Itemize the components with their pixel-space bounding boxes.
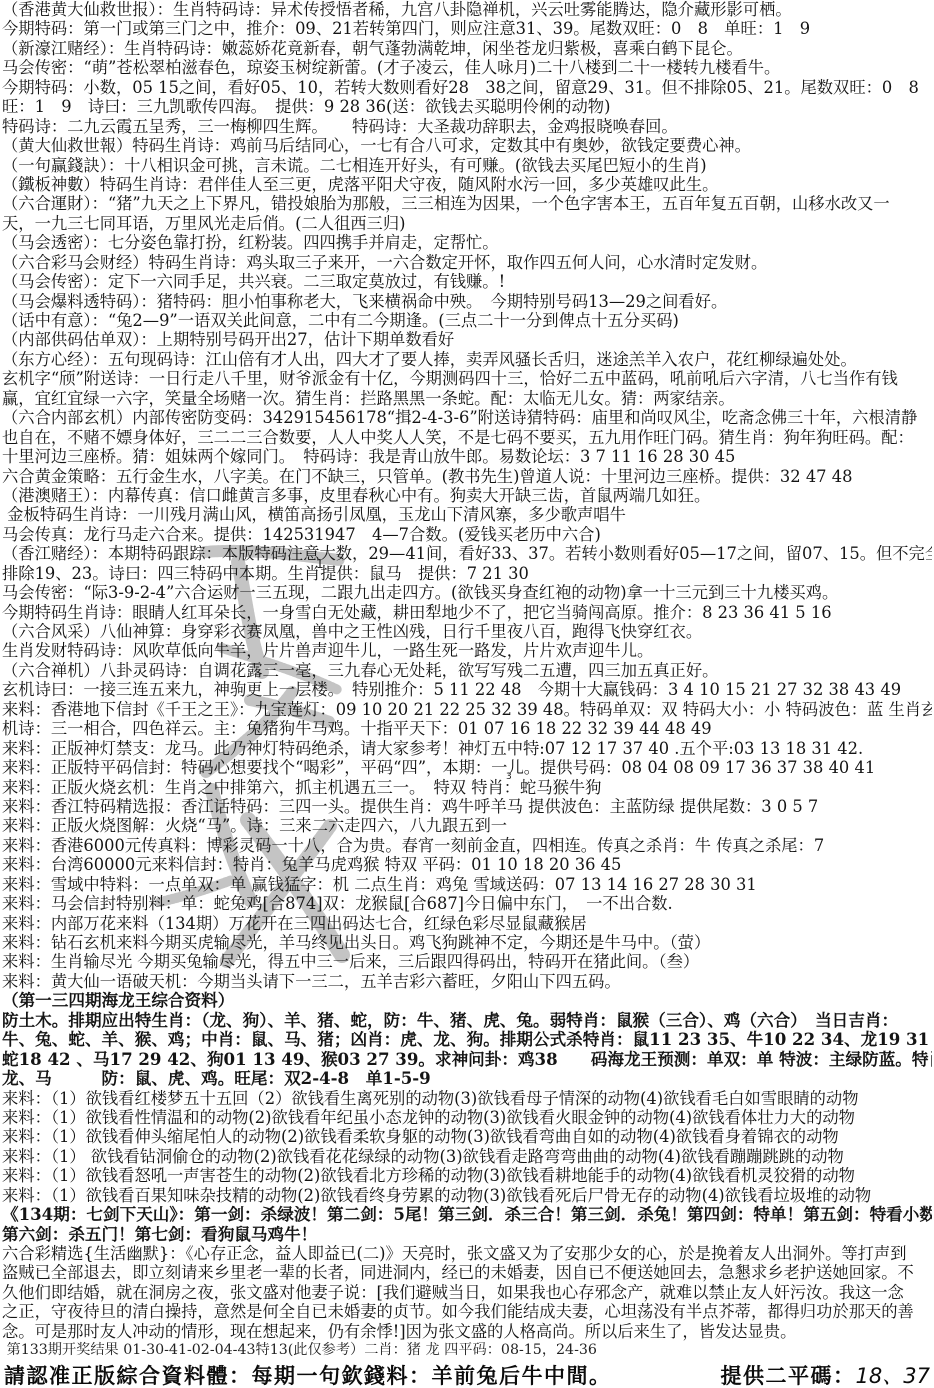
prediction-line: 防土木。排期应出特生肖：（龙、狗）、羊、猪、蛇，防：牛、猪、虎、兔。弱特肖：鼠猴… — [2, 1011, 932, 1030]
text-line: （六合運財）：“猪”九天之上下界凡，错投娘胎为那般，三三相连为因果，一个色字害本… — [2, 194, 932, 213]
text-line: 今期特码生肖诗：眼睛人红耳朵长，一身雪白无处藏，耕田犁地少不了，把它当骑闯高原。… — [2, 603, 932, 622]
text-line: （香港黄大仙救世报）：生肖特码诗：异术传授悟者稀，九宫八卦隐禅机，兴云吐雾能腾达… — [2, 0, 932, 19]
text-line: （香江赌经）：本期特码跟踪：本版特码注意大数，29—41间，看好33、37。若转… — [2, 544, 932, 563]
riddle-line: 来料：（1）欲钱看红楼梦五十五回（2）欲钱看生离死别的动物(3)欲钱看母子情深的… — [2, 1089, 932, 1108]
text-line: 马会传密：“萌”苍松翠柏滋春色，琼姿玉树绽新蕾。(才子凌云，佳人咏月)二十八楼到… — [2, 58, 932, 77]
text-line: 排除19、23。诗曰：四三特码中本期。生肖提供：鼠马 提供：7 21 30 — [2, 564, 932, 583]
story-line: 盗贼已全部退去，即立刻请来乡里老一辈的长者，同进洞内，经已的未婚妻，因自已不便送… — [2, 1263, 932, 1282]
footer-numbers-label: 提供二平碼： — [721, 1364, 856, 1388]
text-line: 来料：香江特码精选报：香江话特码：三四一头。提供生肖：鸡牛呼羊马 提供波色：主蓝… — [2, 797, 932, 816]
text-line: （内部供码估单双）：上期特别号码开出27，估计下期单数看好 — [2, 330, 932, 349]
text-line: 马会传真：龙行马走六合来。提供：142531947 4—7合数。(爱钱买老历中六… — [2, 525, 932, 544]
prediction-line: 牛、兔、蛇、羊、猴、鸡；中肖：鼠、马、猪；凶肖：虎、龙、狗。排期公式杀特肖：鼠1… — [2, 1030, 932, 1049]
text-line: 玄机诗曰：一接三连五来九，神驹更上一层楼。 特别推介：5 11 22 48 今期… — [2, 680, 932, 699]
story-line: 念。可是那时友人冲动的情形，现在想起来，仍有余悸!]因为张文盛的人格高尚。所以后… — [2, 1322, 932, 1341]
text-line: 来料：香港6000元传真料：博彩灵码一十八，合为贵。春宵一刻前金直，四相连。传真… — [2, 836, 932, 855]
text-line: 特码诗：二九云霞五呈秀，三一梅柳四生辉。 特码诗：大圣裁功辞职去，金鸡报晓唤春回… — [2, 117, 932, 136]
text-line: 来料：黄大仙一语破天机：今期当头请下一三二，五羊吉彩六蓄旺，夕阳山下四五码。 — [2, 972, 932, 991]
text-line: 来料：马会信封特别料：单：蛇兔鸡[合874]双：龙猴鼠[合687]今日偏中东门，… — [2, 894, 932, 913]
prediction-line: 龙、马 防：鼠、虎、鸡。旺尾：双2-4-8 单1-5-9 — [2, 1069, 932, 1088]
footer-numbers: 18、37 — [856, 1364, 930, 1388]
text-line: 来料：正版特平码信封：特码心想要找个“喝彩”，平码“四”，本期：一儿。提供号码：… — [2, 758, 932, 777]
text-line: （话中有意）：“兔2—9”一语双关此间意，二中有二今期逢。(三点二十一分到俾点十… — [2, 311, 932, 330]
section-heading-hailongwang: （第一三四期海龙王综合资料） — [2, 991, 932, 1010]
stray-mark: 1 — [316, 557, 324, 571]
text-line: 也自在，不赌不嫖身体好，三二二三合数要，人人中奖人人笑，不是七码不要买，五九用作… — [2, 428, 932, 447]
text-line: （鐵板神數）特码生肖诗：君伴佳人至三更，虎落平阳犬守夜，随风附水污一回，多少英雄… — [2, 175, 932, 194]
text-line: 今期特码：小数，05 15之间，看好05、10，若转大数则看好28 38之间，留… — [2, 78, 932, 97]
story-line: 六合彩精选{生活幽默}：《心存正念，益人即益已(二)》天亮时，张文盛又为了安那少… — [2, 1244, 932, 1263]
text-line: 来料：香港地下信封《千王之王》：九宝莲灯：09 10 20 21 22 25 3… — [2, 700, 932, 719]
text-line: 天，一九三七同耳语，万里风光走后俏。(二人徂西三归) — [2, 214, 932, 233]
text-line: （新濠江赌经）：生肖特码诗：嫩蕊娇花竟新春，朝气蓬勃满乾坤，闲坐苍龙归紫极，喜乘… — [2, 39, 932, 58]
draw-result: 第133期开奖结果 01-30-41-02-04-43特13(此仅参考）二肖：猪… — [2, 1341, 932, 1360]
seven-swords-line: 《134期：七剑下天山》：第一剑：杀绿波！第二剑：5尾！第三剑．杀三合！第三剑．… — [2, 1205, 932, 1224]
text-line: 来料：正版火烧玄机：生肖之中排第六，抓主机遇五三一。 特双 特肖：蛇马猴牛狗 — [2, 778, 932, 797]
text-line: （六合风采）八仙神算：身穿彩衣赛凤凰，兽中之王性凶残，日行千里夜八百，跑得飞快穿… — [2, 622, 932, 641]
document-body: （香港黄大仙救世报）：生肖特码诗：异术传授悟者稀，九宫八卦隐禅机，兴云吐雾能腾达… — [2, 0, 932, 1361]
text-line: （六合内部玄机）内部传密防变码：342915456178“揖2-4-3-6”附送… — [2, 408, 932, 427]
text-line: 金板特码生肖诗：一川残月满山风，横笛高扬引凤凰，玉龙山下清风寨，多少歌声唱牛 — [2, 505, 932, 524]
text-line: 来料：正版火烧图解：火烧“马”。诗：三来二六走四六，八九跟五到一 — [2, 816, 932, 835]
text-line: 今期特码：第一门或第三门之中，推介：09、21若转第四门，则应注意31、39。尾… — [2, 19, 932, 38]
text-line: （黄大仙救世報）特码生肖诗：鸡前马后结同心，一七有合八可求，定数其中有奥妙，欲钱… — [2, 136, 932, 155]
text-line: （马会透密）：七分姿色靠打扮，红粉装。四四携手并肩走，定帮忙。 — [2, 233, 932, 252]
text-line: （六合彩马会财经）特码生肖诗：鸡头取三子来开，一六合数定开怀，取作四五何人问，心… — [2, 253, 932, 272]
text-line: 十里河边三座桥。猜：姐妹两个嫁同门。 特码诗：我是青山放牛郎。易数论坛：3 7 … — [2, 447, 932, 466]
stray-mark: 3 — [506, 772, 512, 782]
text-line: （六合禅机）八卦灵码诗：自调花露三一毫，三九春心无处耗，欲写写残二五遭，四三加五… — [2, 661, 932, 680]
riddle-line: 来料：（1）欲钱看怒吼一声害苍生的动物(2)欲钱看北方珍稀的动物(3)欲钱看耕地… — [2, 1166, 932, 1185]
seven-swords-line: 第六剑：杀五门！第七剑：看狗鼠马鸡牛！ — [2, 1225, 932, 1244]
text-line: （东方心经）：五句现码诗：江山倍有才人出，四大才了要人捧，卖弄风骚长舌归，迷途羔… — [2, 350, 932, 369]
scanned-lottery-document: （香港黄大仙救世报）：生肖特码诗：异术传授悟者稀，九宫八卦隐禅机，兴云吐雾能腾达… — [0, 0, 934, 1388]
text-line: 六合黄金策略：五行金生水，八字美。在门不缺三，只管单。(教书先生)曾道人说：十里… — [2, 467, 932, 486]
text-line: 玄机字“颀”附送诗：一日行走八千里，财爷派金有十亿，今期测码四十三，恰好二五中蓝… — [2, 369, 932, 388]
text-line: 来料：台湾60000元来料信封：特肖：兔羊马虎鸡猴 特双 平码：01 10 18… — [2, 855, 932, 874]
text-line: 机诗：三一相合，四色祥云。主：兔猪狗牛马鸡。十指平天下：01 07 16 18 … — [2, 719, 932, 738]
text-line: （一句赢錢訣）：十八相识金可挑，言未谎。二七相连开好头，有可赚。(欲钱去买尾巴短… — [2, 156, 932, 175]
footer-numbers-group: 提供二平碼：18、37 — [721, 1360, 930, 1388]
text-line: 来料：内部万花来料（134期）万花开在三四出码达七合，红绿色彩尽显鼠藏猴居 — [2, 914, 932, 933]
text-line: （马会传密）：定下一六同手足，共兴衰。二三取定莫放过，有钱赚。! — [2, 272, 932, 291]
text-line: 生肖发财特码诗：风吹草低向牛羊，片片兽声迎牛儿，一路生死一路发，片片欢声迎牛儿。 — [2, 641, 932, 660]
riddle-line: 来料：（1） 欲钱看钻洞偷仓的动物(2)欲钱看花花绿绿的动物(3)欲钱看走路弯弯… — [2, 1147, 932, 1166]
text-line: 来料：雪域中特料：一点单双：单 赢钱猛字：机 二点生肖：鸡兔 雪域送码：07 1… — [2, 875, 932, 894]
text-line: 来料：钻石玄机来料今期买虎输尽光，羊马终见出头日。鸡飞狗跳神不定，今期还是牛马中… — [2, 933, 932, 952]
riddle-line: 来料：（1）欲钱看性情温和的动物(2)欲钱看年纪虽小态龙钟的动物(3)欲钱看火眼… — [2, 1108, 932, 1127]
text-line: 赢，宜红宜绿一六字，笑量全场赌一次。猜生肖：拦路黑黑一条蛇。配：太临无儿女。猜：… — [2, 389, 932, 408]
riddle-line: 来料：（1）欲钱看百果知味杂技精的动物(2)欲钱看终身劳累的动物(3)欲钱看死后… — [2, 1186, 932, 1205]
text-line: 来料：正版神灯禁支：龙马。此乃神灯特码绝杀，请大家参考！神灯五中特:07 12 … — [2, 739, 932, 758]
footer-banner: 請認准正版綜合資料體：每期一句欽錢料：羊前兔后牛中間。 提供二平碼：18、37 — [4, 1362, 930, 1388]
text-line: 来料：生肖输尽光 今期买兔输尽光，得五中三一后来，三后跟四得码出，特码开在猪此间… — [2, 952, 932, 971]
prediction-line: 蛇18 42 、马17 29 42、狗01 13 49、猴03 27 39。求神… — [2, 1050, 932, 1069]
text-line: 马会传密：“际3-9-2-4”六合运财一三五现，二跟九出走四方。(欲钱买身查红袍… — [2, 583, 932, 602]
text-line: 旺：1 9 诗曰：三九凯歌传四海。 提供：9 28 36(送：欲钱去买聪明伶俐的… — [2, 97, 932, 116]
text-line: （港澳赌王）：内幕传真：信口雌黄言多事，皮里春秋心中有。狗卖大开缺三齿，首鼠两端… — [2, 486, 932, 505]
story-line: 之正，守夜待旦的清白操持，意然是何全自已未婚妻的贞节。如今我们能结成夫妻，心坦荡… — [2, 1302, 932, 1321]
story-line: 久他们即结婚，就在洞房之夜，张文盛对他妻子说：[我们避贼当日，如果我也心存邪念产… — [2, 1283, 932, 1302]
text-line: （马会爆料透特码）：猪特码：胆小怕事称老大，飞来横祸命中殃。 今期特别号码13—… — [2, 292, 932, 311]
footer-slogan: 請認准正版綜合資料體：每期一句欽錢料：羊前兔后牛中間。 — [4, 1360, 612, 1388]
riddle-line: 来料：（1）欲钱看伸头缩尾怕人的动物(2)欲钱看柔软身躯的动物(3)欲钱看弯曲自… — [2, 1127, 932, 1146]
